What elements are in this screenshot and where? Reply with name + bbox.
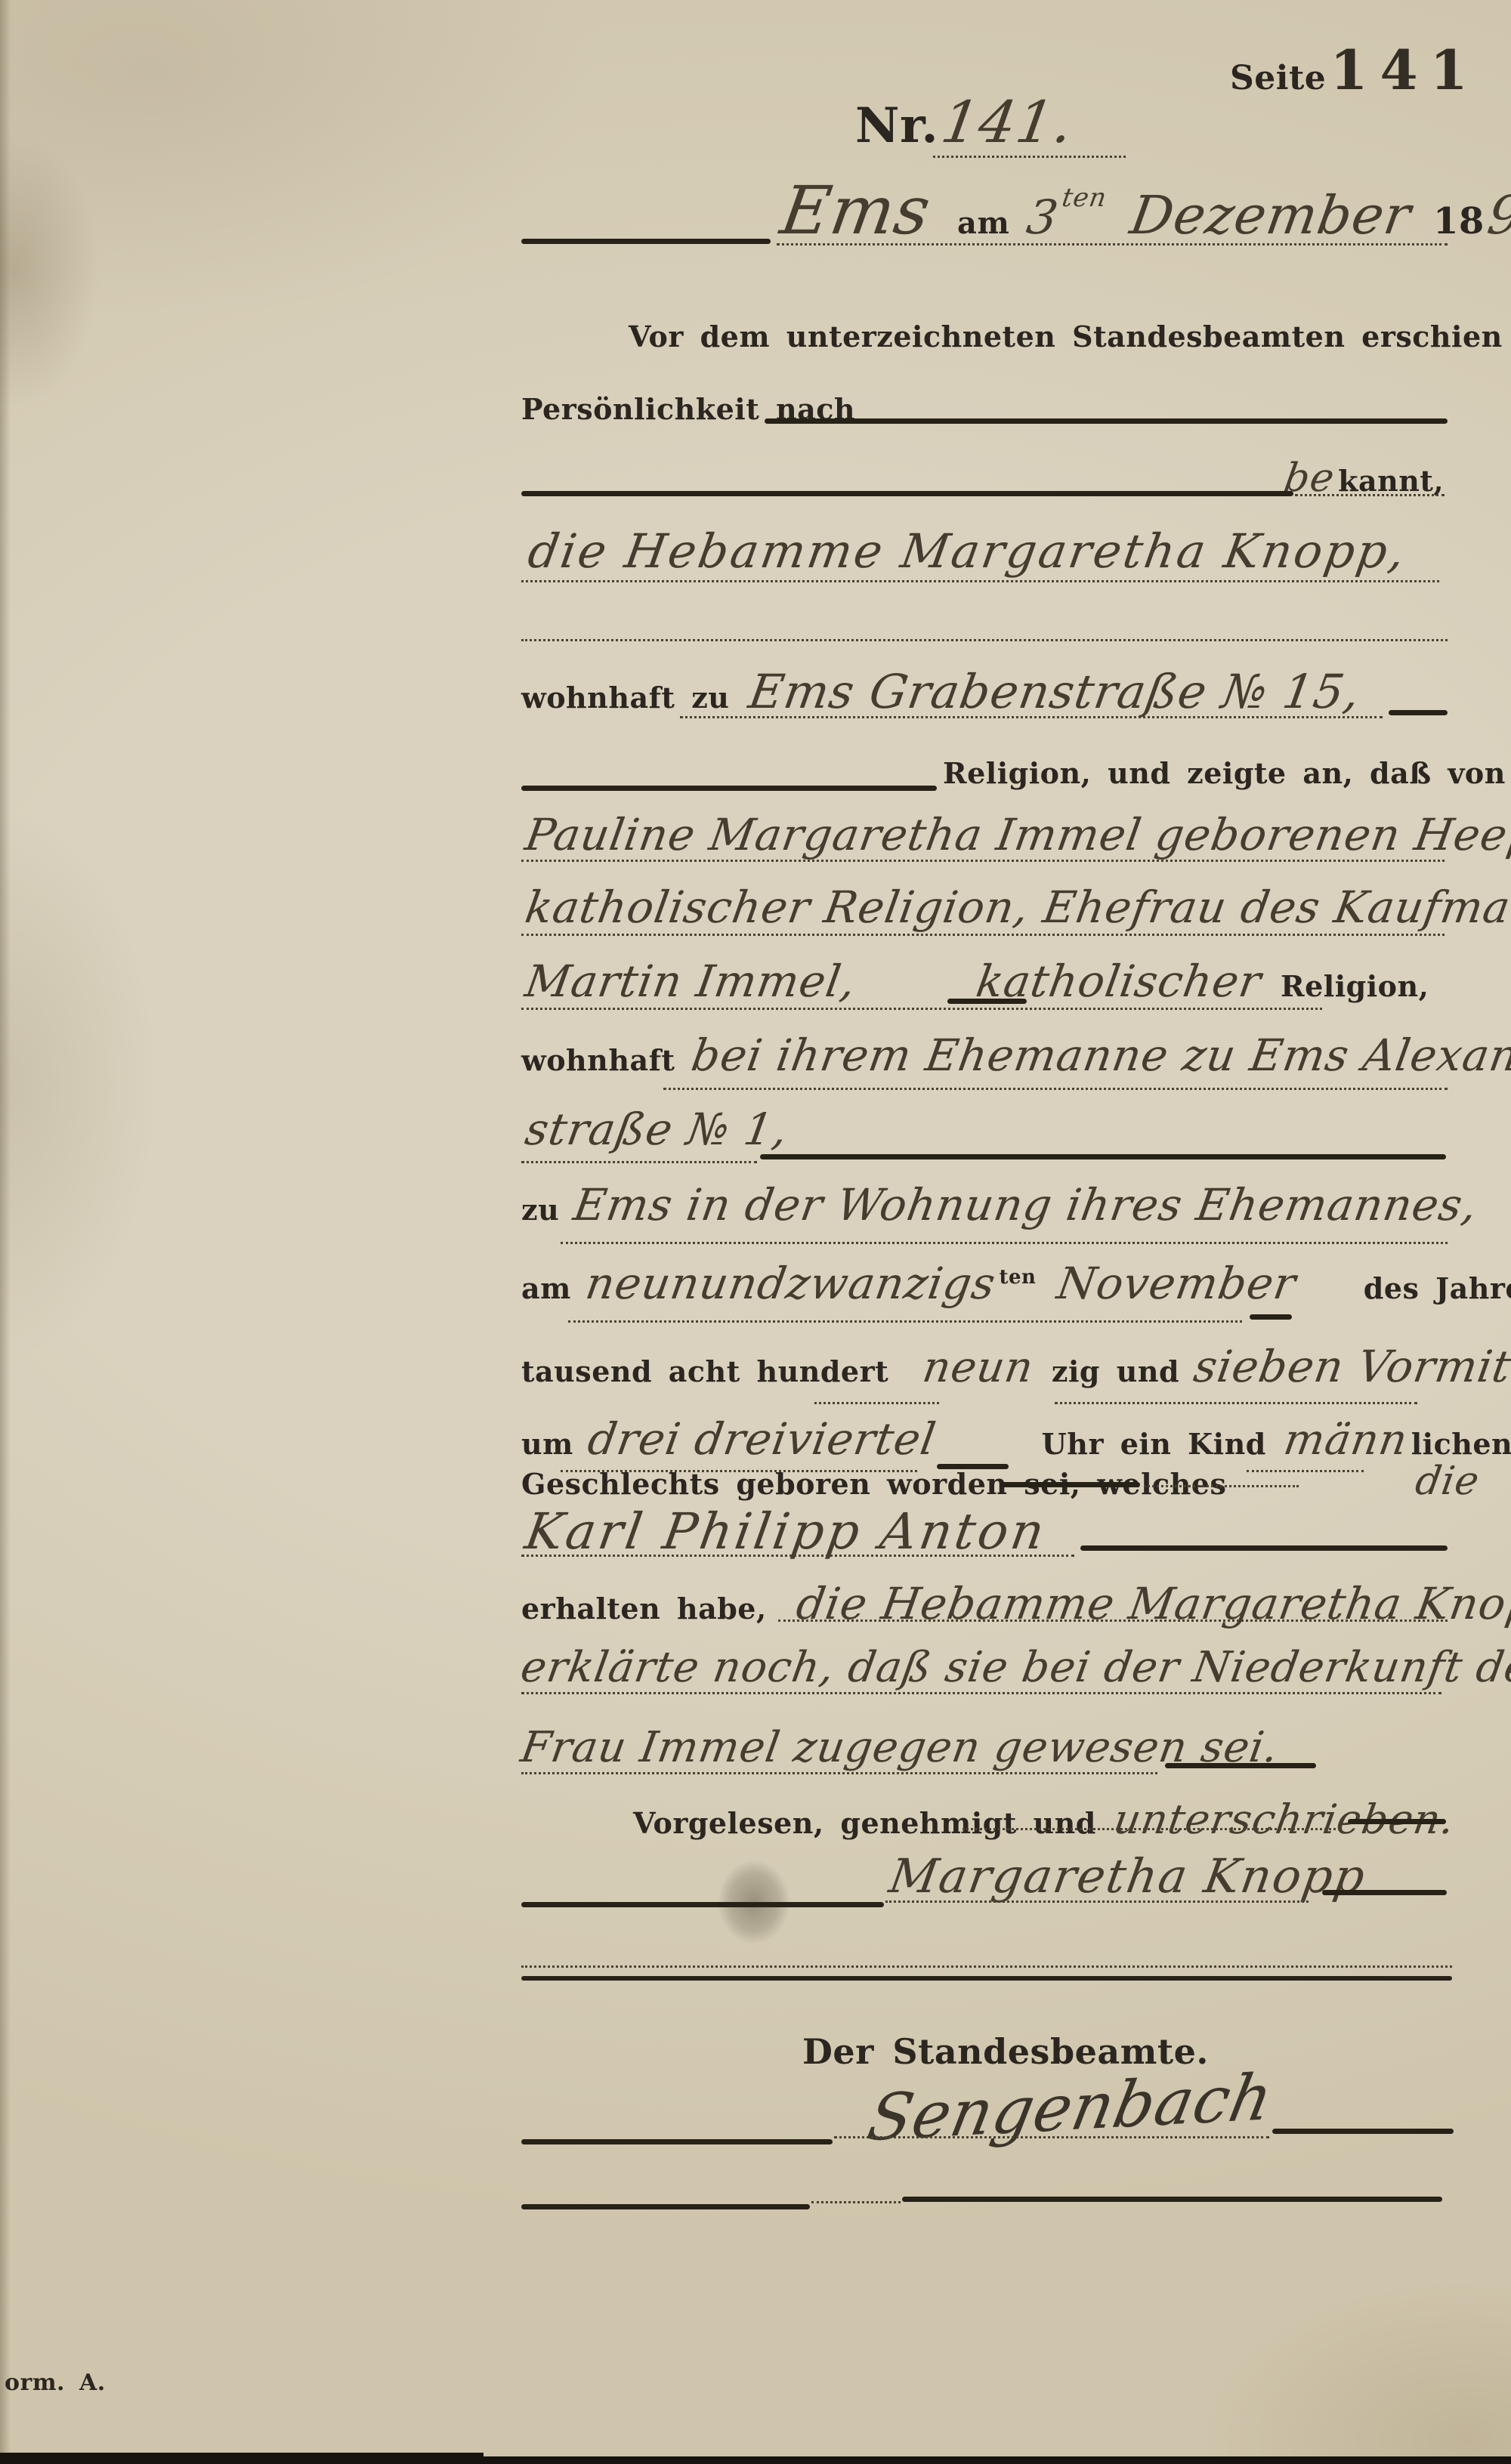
year-decade: neun [919, 1344, 1037, 1392]
intro-text: Vor dem unterzeichneten Standesbeamten e… [629, 320, 1511, 354]
dateline-am-label: am [957, 205, 1009, 241]
witness-signature: Margaretha Knopp [885, 1849, 1370, 1903]
rule-solid [521, 1976, 1452, 1981]
family-residence-1: bei ihrem Ehemanne zu Ems Alexander- [688, 1030, 1511, 1081]
rule-solid [1250, 1314, 1292, 1320]
zig-und-label: zig und [1052, 1354, 1179, 1388]
rule-solid [760, 1154, 1446, 1159]
rule-dotted [1295, 494, 1445, 496]
dateline-year-written: 97 [1484, 185, 1511, 246]
registrar-signature-line: Sengenbach [867, 2061, 1274, 2154]
mother-religion-line: katholischer Religion, Ehefrau des Kaufm… [526, 882, 1511, 933]
ten-suffix-label: ten [1000, 1266, 1037, 1289]
rule-dotted [1144, 1485, 1299, 1487]
year-unit-and-daytime: sieben Vormittag [1191, 1342, 1511, 1392]
declarant-line: die Hebamme Margaretha Knopp, [529, 524, 1407, 578]
child-name-line: Karl Philipp Anton [526, 1503, 1046, 1561]
registrar-signature: Sengenbach [862, 2060, 1279, 2155]
dateline-place: Ems [776, 172, 936, 249]
rule-dotted [834, 2136, 1269, 2138]
bekannt-printed: kannt, [1338, 464, 1444, 498]
die-handwritten: die [1412, 1459, 1482, 1505]
mother-religion: katholischer Religion, Ehefrau des Kaufm… [522, 882, 1511, 933]
seite-label: Seite [1230, 59, 1326, 97]
dateline-year-printed: 18 [1433, 200, 1485, 242]
erhalten-habe-label: erhalten habe, [521, 1592, 767, 1626]
rule-dotted [521, 1772, 1157, 1774]
birth-month: November [1053, 1258, 1299, 1309]
lichen-label: lichen [1411, 1427, 1511, 1461]
rule-dotted [521, 860, 1445, 862]
rule-solid [521, 1902, 884, 1907]
page-header: Seite 141 [1230, 39, 1480, 102]
rule-dotted [561, 1242, 1448, 1244]
rule-solid [947, 999, 1027, 1004]
birth-year-line: tausend acht hundert neun zig und sieben… [521, 1342, 1511, 1392]
family-residence-line-1: wohnhaft bei ihrem Ehemanne zu Ems Alexa… [521, 1030, 1511, 1081]
vorgelesen-line: Vorgelesen, genehmigt und unterschrieben… [633, 1796, 1454, 1843]
religion-anzeige-text: Religion, und zeigte an, daß von der [943, 756, 1511, 790]
vorgelesen-label: Vorgelesen, genehmigt und [633, 1806, 1096, 1840]
birth-place: Ems in der Wohnung ihres Ehemannes, [570, 1180, 1482, 1230]
rule-solid [1165, 1763, 1316, 1768]
rule-dotted [811, 2201, 901, 2203]
religion-anzeige-line: Religion, und zeigte an, daß von der [943, 757, 1511, 790]
family-residence-2: straße № 1, [522, 1104, 792, 1155]
page-edge-shadow-left [0, 0, 11, 2464]
record-number-line: Nr. 141. [855, 89, 1073, 155]
rule-dotted [933, 156, 1126, 158]
rule-solid [1272, 2129, 1454, 2134]
rule-dotted [777, 243, 1448, 245]
rule-solid [937, 1464, 1009, 1469]
declarant-residence: Ems Grabenstraße № 15, [745, 665, 1364, 718]
rule-dotted [663, 1088, 1448, 1090]
rule-solid [1348, 1819, 1446, 1824]
rule-dotted [521, 1692, 1441, 1694]
record-number-value: 141. [937, 89, 1078, 155]
rule-solid [902, 2197, 1442, 2202]
wohnhaft-label: wohnhaft [521, 1043, 675, 1077]
page-edge-shadow-bottom-left [0, 2453, 484, 2464]
rule-dotted [814, 1402, 939, 1404]
rule-dotted [885, 1900, 1309, 1903]
wohnhaft-zu-label: wohnhaft zu [521, 681, 729, 715]
dateline-day: 3 [1024, 190, 1063, 244]
closing-text-2: erklärte noch, daß sie bei der Niederkun… [518, 1644, 1511, 1692]
mother-name-line: Pauline Margaretha Immel geborenen Heep, [526, 810, 1511, 860]
des-jahres-label: des Jahres [1364, 1271, 1511, 1305]
birth-place-line: zu Ems in der Wohnung ihres Ehemannes, [521, 1180, 1477, 1230]
rule-dotted [521, 934, 1445, 936]
date-line: Ems am 3 ten Dezember 18 97 [782, 172, 1511, 249]
page-number-stamp: 141 [1330, 38, 1479, 102]
rule-dotted [680, 716, 1383, 718]
rule-dotted [521, 1161, 757, 1163]
family-residence-line-2: straße № 1, [526, 1104, 788, 1155]
zu-label: zu [521, 1193, 559, 1227]
form-note-line: orm. A. [5, 2370, 106, 2397]
gender-handwritten: männ [1281, 1416, 1411, 1465]
rule-solid [521, 491, 1293, 496]
birth-time-line: um drei dreiviertel Uhr ein Kind männ li… [521, 1414, 1511, 1465]
rule-dotted [1247, 1470, 1364, 1472]
dateline-month: Dezember [1126, 185, 1416, 246]
rule-solid [521, 786, 937, 791]
father-name: Martin Immel, [522, 956, 860, 1007]
birth-day-line: am neunundzwanzigs ten November des Jahr… [521, 1258, 1511, 1309]
rule-solid [1389, 710, 1448, 715]
religion-label: Religion, [1281, 969, 1429, 1003]
uhr-ein-kind-label: Uhr ein Kind [1042, 1427, 1266, 1461]
birth-day: neunundzwanzigs [582, 1258, 1000, 1309]
rule-solid [1080, 1545, 1448, 1551]
rule-dotted [778, 1620, 1448, 1622]
form-note: orm. A. [5, 2370, 106, 2396]
rule-solid [521, 2139, 833, 2144]
record-number-label: Nr. [855, 97, 938, 154]
declarant-residence-line: wohnhaft zu Ems Grabenstraße № 15, [521, 665, 1360, 718]
child-name: Karl Philipp Anton [521, 1503, 1051, 1561]
rule-solid [521, 239, 771, 244]
intro-line: Vor dem unterzeichneten Standesbeamten e… [629, 320, 1511, 354]
rule-dotted [521, 639, 1448, 641]
rule-dotted [521, 1965, 1452, 1968]
rule-dotted [521, 580, 1439, 582]
rule-dotted [561, 1470, 917, 1472]
rule-dotted [521, 1008, 1322, 1010]
rule-solid [1322, 1890, 1447, 1895]
mother-name: Pauline Margaretha Immel geborenen Heep, [522, 810, 1511, 860]
declarant-name: die Hebamme Margaretha Knopp, [524, 524, 1411, 578]
rule-dotted [963, 1828, 1340, 1830]
rule-solid [765, 418, 1448, 424]
tausend-label: tausend acht hundert [521, 1354, 888, 1388]
rule-dotted [521, 1555, 1074, 1557]
um-label: um [521, 1427, 573, 1461]
birth-time: drei dreiviertel [585, 1414, 940, 1465]
dateline-day-suffix: ten [1060, 184, 1109, 213]
rule-dotted [1055, 1402, 1417, 1404]
closing-line-2: erklärte noch, daß sie bei der Niederkun… [521, 1644, 1511, 1692]
rule-solid [1000, 1482, 1140, 1487]
rule-solid [521, 2204, 810, 2209]
witness-signature-line: Margaretha Knopp [890, 1849, 1366, 1903]
rule-dotted [568, 1320, 1242, 1323]
document-page: Seite 141 Nr. 141. Ems am 3 ten Dezember… [0, 0, 1511, 2464]
am-label: am [521, 1271, 571, 1305]
